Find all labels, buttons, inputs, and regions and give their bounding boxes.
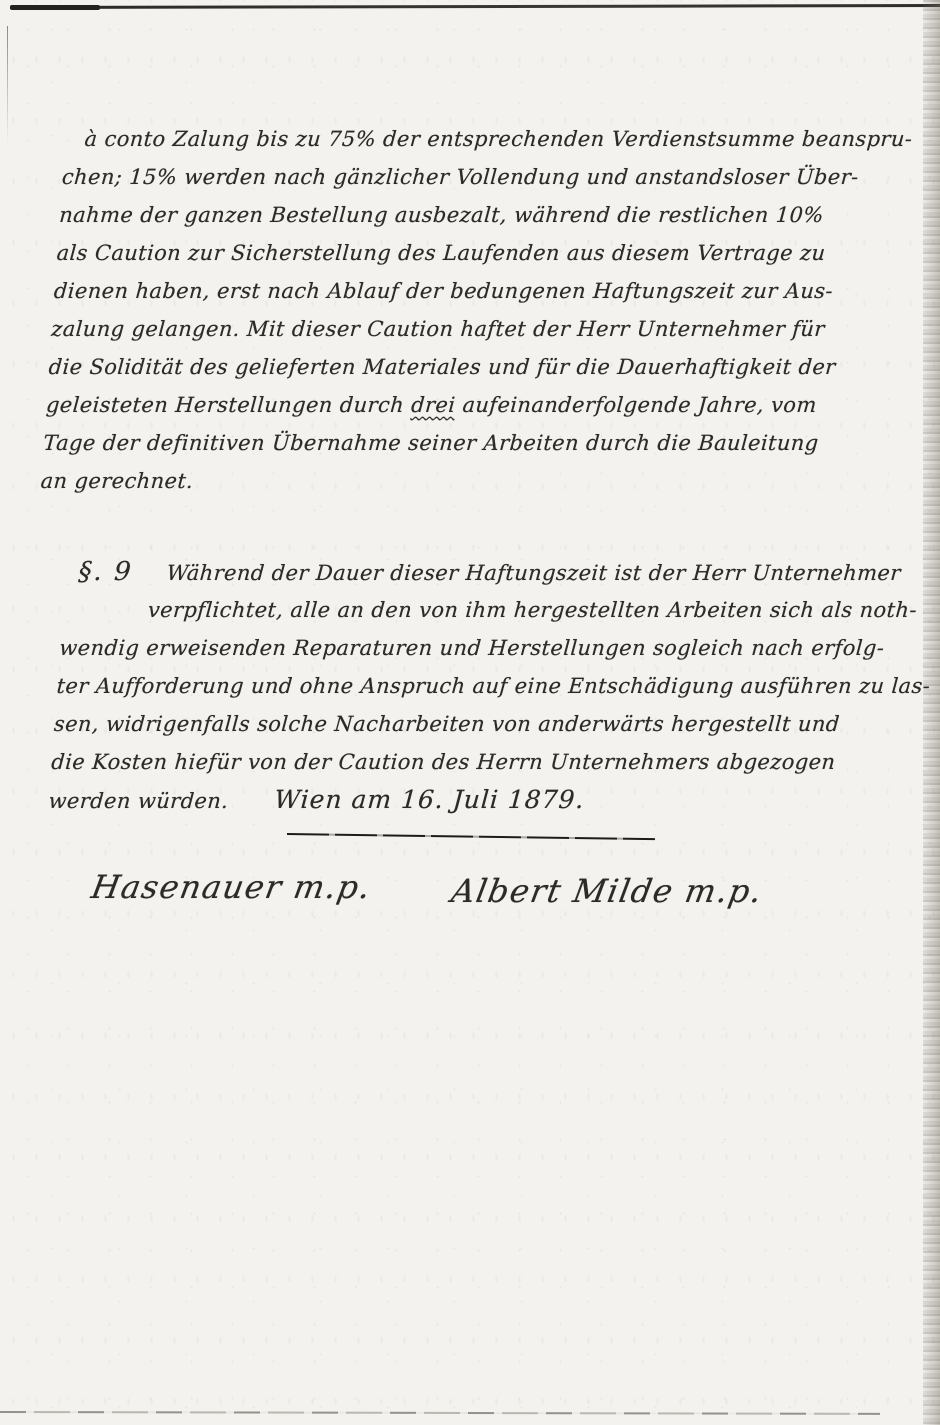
- handwritten-line: chen; 15% werden nach gänzlicher Vollend…: [61, 158, 898, 196]
- scanned-document-page: à conto Zalung bis zu 75% der entspreche…: [0, 0, 940, 1425]
- scan-edge-right-band: [923, 0, 940, 1425]
- handwritten-line: wendig erweisenden Reparaturen und Herst…: [58, 629, 895, 667]
- handwritten-line: Tage der definitiven Übernahme seiner Ar…: [42, 424, 879, 462]
- handwritten-line: ter Aufforderung und ohne Anspruch auf e…: [55, 667, 892, 705]
- handwritten-closing-line: werden würden.Wien am 16. Juli 1879.: [47, 781, 884, 819]
- dateline-wien-1879: Wien am 16. Juli 1879.: [273, 785, 585, 814]
- handwritten-line: nahme der ganzen Bestellung ausbezalt, w…: [58, 196, 895, 234]
- scan-edge-left-line: [7, 26, 8, 146]
- signature-albert-milde: Albert Milde m.p.: [449, 872, 766, 910]
- emphasis-line-before: geleisteten Herstellungen durch: [45, 393, 412, 417]
- handwritten-line: die Kosten hiefür von der Caution des He…: [50, 743, 887, 781]
- section-9-paragraph: §. 9Während der Dauer dieser Haftungszei…: [47, 553, 900, 819]
- handwritten-line: an gerechnet.: [39, 462, 876, 500]
- section-marker: §. 9: [63, 553, 134, 591]
- closing-text: werden würden.: [48, 789, 229, 813]
- handwritten-line: verpflichtet, alle an den von ihm herges…: [61, 591, 898, 629]
- signature-block: Hasenauer m.p. Albert Milde m.p.: [0, 862, 940, 932]
- handwritten-line-with-emphasis: geleisteten Herstellungen durch drei auf…: [45, 386, 882, 424]
- payment-terms-paragraph: à conto Zalung bis zu 75% der entspreche…: [39, 120, 900, 500]
- scan-edge-top-left-mark: [10, 5, 100, 10]
- handwritten-line-section-start: §. 9Während der Dauer dieser Haftungszei…: [63, 553, 900, 591]
- signature-divider-line: [287, 833, 655, 840]
- signature-hasenauer: Hasenauer m.p.: [89, 868, 375, 906]
- handwritten-line: à conto Zalung bis zu 75% der entspreche…: [63, 120, 900, 158]
- scan-edge-bottom-line: [0, 1411, 880, 1415]
- scan-edge-top-line: [10, 4, 940, 9]
- handwritten-line: dienen haben, erst nach Ablauf der bedun…: [53, 272, 890, 310]
- handwritten-line: die Solidität des gelieferten Materiales…: [47, 348, 884, 386]
- handwritten-line: sen, widrigenfalls solche Nacharbeiten v…: [53, 705, 890, 743]
- section-line-text: Während der Dauer dieser Haftungszeit is…: [166, 561, 902, 585]
- underlined-word-drei: drei: [410, 393, 456, 417]
- handwritten-line: als Caution zur Sicherstellung des Laufe…: [55, 234, 892, 272]
- emphasis-line-after: aufeinanderfolgende Jahre, vom: [455, 393, 818, 417]
- handwritten-line: zalung gelangen. Mit dieser Caution haft…: [50, 310, 887, 348]
